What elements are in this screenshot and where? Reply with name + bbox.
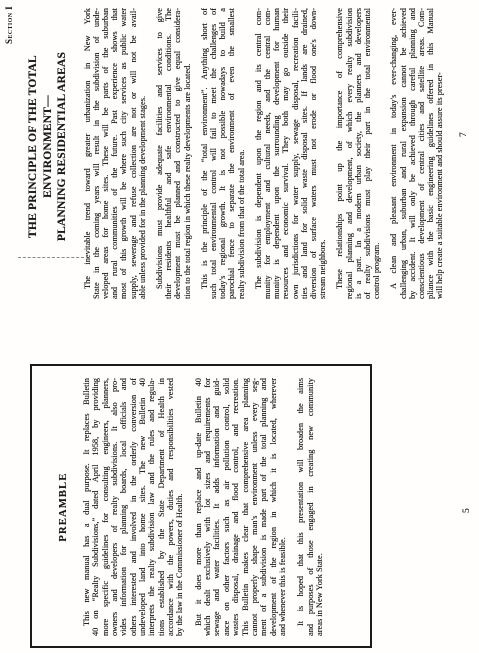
text-line: cannot properly shape man's environment … (250, 378, 259, 636)
page-title: THE PRINCIPLE OF THE TOTAL ENVIRONMENT— … (26, 10, 70, 283)
body-text: The inevitable trend toward greater urba… (83, 8, 445, 299)
text-line: A clean and pleasant environment in toda… (389, 8, 398, 299)
text-line: parochial fence to separate the environm… (227, 8, 236, 299)
text-line: It is hoped that this presentation will … (296, 378, 305, 636)
page-number: 5 (462, 508, 472, 513)
text-line: challenging urban, suburban and rural ex… (399, 8, 408, 299)
text-line: sewage and water facilities. It adds inf… (212, 378, 221, 636)
text-line: more specific guidelines for consulting … (101, 378, 110, 636)
text-line: This Bulletin makes clear that comprehen… (241, 378, 250, 636)
text-line: The inevitable trend toward greater urba… (83, 8, 92, 299)
text-line: But it does more than replace and up-dat… (194, 378, 203, 636)
text-line: The subdivision is dependent upon the re… (254, 8, 263, 299)
paragraph: The inevitable trend toward greater urba… (83, 8, 147, 299)
paragraph: This new manual has a dual purpose. It r… (82, 378, 185, 636)
text-line: This new manual has a dual purpose. It r… (82, 378, 91, 636)
text-line: veloped areas for home sites. These will… (101, 8, 110, 299)
page-title-line1: THE PRINCIPLE OF THE TOTAL ENVIRONMENT— (26, 10, 55, 283)
text-line: which dealt exclusively with lot sizes a… (203, 378, 212, 636)
text-line: areas in New York State. (315, 378, 324, 636)
text-line: others interested and involved in the or… (129, 378, 138, 636)
body-text: This new manual has a dual purpose. It r… (82, 378, 324, 636)
text-line: by accident. It will only be achieved th… (408, 8, 417, 299)
paragraph: It is hoped that this presentation will … (296, 378, 324, 636)
text-line: their residents healthful and safe envir… (164, 8, 173, 299)
text-line: stream neighbors. (318, 8, 327, 299)
paragraph: Subdivisions must provide adequate facil… (155, 8, 192, 299)
text-line: and rural communities of the future. Pas… (110, 8, 119, 299)
paragraph: But it does more than replace and up-dat… (194, 378, 287, 636)
text-line: today's regional growth. It is not possi… (218, 8, 227, 299)
paragraph: These relationships point up the importa… (335, 8, 381, 299)
paragraph: This is the principle of the “total envi… (200, 8, 246, 299)
text-line: Subdivisions must provide adequate facil… (155, 8, 164, 299)
text-line: pliance with the basic engineering guide… (426, 8, 435, 299)
scanned-document-spread: Section I THE PRINCIPLE OF THE TOTAL ENV… (0, 0, 479, 653)
text-line: resources and economic survival. They bo… (281, 8, 290, 299)
text-line: munity is dependent upon the surrounding… (272, 8, 281, 299)
text-line: munity for employment and cultural needs… (263, 8, 272, 299)
text-line: vides information for planning boards, l… (119, 378, 128, 636)
page-section-1: Section I THE PRINCIPLE OF THE TOTAL ENV… (0, 0, 479, 363)
text-line: State in the coming years will result in… (92, 8, 101, 299)
text-line: and purposes of those engaged in creatin… (306, 378, 315, 636)
ruled-border-box: PREAMBLE This new manual has a dual purp… (30, 364, 372, 648)
text-line: ment of a subdivision is made part of th… (259, 378, 268, 636)
text-line: by the law in the Commissioner of Health… (175, 378, 184, 636)
text-line: realty subdivision from that of the tota… (237, 8, 246, 299)
crease-mark (18, 257, 84, 258)
page-number: 7 (459, 132, 469, 137)
text-line: most of this growth will be where such c… (119, 8, 128, 299)
text-line: supply, sewerage and refuse collection a… (129, 8, 138, 299)
text-line: diversion of surface waters must not ero… (309, 8, 318, 299)
page-preamble: PREAMBLE This new manual has a dual purp… (0, 364, 479, 653)
section-heading: Section I (0, 0, 16, 363)
page-title-line2: PLANNING RESIDENTIAL AREAS (55, 10, 70, 283)
text-line: regional planning and development, of wh… (345, 8, 354, 299)
text-line: undeveloped land into home sites. The ne… (138, 378, 147, 636)
text-line: These relationships point up the importa… (335, 8, 344, 299)
text-line: ties and land for solid waste disposal s… (300, 8, 309, 299)
text-line: development must be planned and construc… (173, 8, 182, 299)
text-line: development of the region in which it is… (269, 378, 278, 636)
text-line: tions established by the State Departmen… (157, 378, 166, 636)
text-line: This is the principle of the “total envi… (200, 8, 209, 299)
text-line: able unless provided for in the planning… (138, 8, 147, 299)
paragraph: A clean and pleasant environment in toda… (389, 8, 444, 299)
text-line: of realty subdivisions must play their p… (363, 8, 372, 299)
text-line: tion to the total region in which these … (183, 8, 192, 299)
text-line: wastes disposal, drainage and flood cont… (231, 378, 240, 636)
paragraph: The subdivision is dependent upon the re… (254, 8, 328, 299)
text-line: is a part. In a modern urban society, th… (354, 8, 363, 299)
text-line: owners and developers of realty subdivis… (110, 378, 119, 636)
preamble-title: PREAMBLE (58, 378, 70, 636)
text-line: interprets the realty subdivision law an… (147, 378, 156, 636)
text-line: conscientious development of central cit… (417, 8, 426, 299)
text-line: will help create a suitable environment … (435, 8, 444, 299)
text-line: accordance with the powers, duties and r… (166, 378, 175, 636)
text-line: ance on other factors such as air pollut… (222, 378, 231, 636)
text-line: own jurisdictions for water supply, sewa… (291, 8, 300, 299)
text-line: such total environmental control will fa… (209, 8, 218, 299)
text-line: 40 on “Realty Subdivisions,” dated April… (91, 378, 100, 636)
text-line: control program. (372, 8, 381, 299)
text-line: and whenever this is feasible. (278, 378, 287, 636)
